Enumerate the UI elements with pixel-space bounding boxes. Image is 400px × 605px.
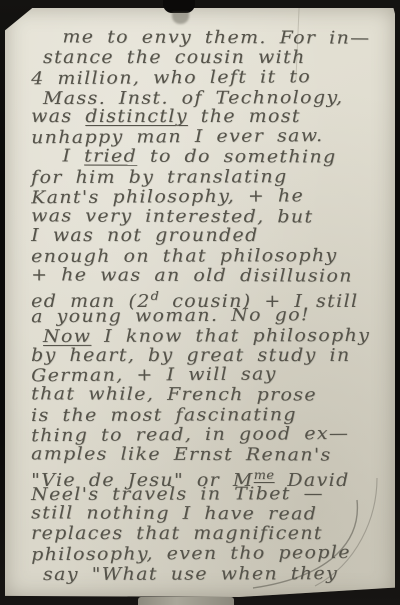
handwriting-line: was very interested, but — [31, 207, 370, 228]
handwriting-line: Kant's philosophy, + he — [31, 187, 371, 209]
handwriting-line: for him by translating — [31, 168, 370, 189]
handwriting-segment: Now — [43, 327, 91, 347]
handwriting-segment: d — [151, 289, 160, 303]
handwriting-line: 4 million, who left it to — [31, 67, 371, 89]
letter-paper: me to envy them. For in—stance the cousi… — [5, 8, 395, 597]
handwriting-segment: tried — [84, 147, 137, 167]
handwriting-segment: say "What use when they — [43, 564, 338, 585]
handwriting-segment: enough on that philosophy — [31, 246, 338, 267]
handwriting-line: I was not grounded — [31, 227, 370, 247]
handwriting-segment: the most — [188, 107, 301, 127]
handwriting-line: ed man (2d cousin) + I still — [31, 287, 370, 307]
handwriting-segment: Neel's travels in Tibet — — [31, 485, 324, 506]
handwriting-segment: unhappy man I ever saw. — [31, 126, 324, 148]
handwriting-segment: me — [254, 468, 275, 482]
handwriting-segment: stance the cousin with — [43, 48, 306, 68]
handwriting-segment: amples like Ernst Renan's — [31, 444, 332, 465]
handwriting-segment: Kant's philosophy, + he — [31, 186, 304, 208]
photo-background: me to envy them. For in—stance the cousi… — [0, 0, 400, 605]
handwriting-segment: that while, French prose — [31, 385, 317, 406]
handwriting-segment: me to envy them. For in— — [62, 27, 370, 48]
handwriting-line: a young woman. No go! — [31, 306, 371, 328]
handwriting-line: philosophy, even tho people — [31, 544, 371, 566]
handwriting-segment: I — [62, 146, 84, 166]
handwriting-segment: German, + I will say — [31, 365, 277, 387]
handwriting-segment: is the most fascinating — [31, 405, 297, 426]
handwriting-line: Mass. Inst. of Technology, — [43, 89, 371, 110]
handwriting-segment: was very interested, but — [31, 206, 313, 227]
handwriting-segment: for him by translating — [31, 167, 288, 188]
handwriting-line: amples like Ernst Renan's — [31, 445, 370, 466]
handwriting-line: Now I know that philosophy — [43, 327, 371, 348]
handwriting-line: stance the cousin with — [43, 49, 370, 69]
handwriting-segment: still nothing I have read — [31, 504, 317, 525]
handwriting-segment: replaces that magnificent — [31, 524, 323, 544]
handwriting-line: still nothing I have read — [31, 505, 370, 526]
handwriting-line: replaces that magnificent — [31, 525, 370, 545]
handwriting-segment: + he was an old disillusion — [31, 265, 353, 286]
handwriting-segment: philosophy, even tho people — [31, 543, 351, 565]
handwriting-line: I tried to do something — [62, 147, 370, 168]
handwriting-segment: by heart, by great study in — [31, 346, 350, 366]
handwriting-segment: I was not grounded — [31, 226, 258, 246]
handwriting-segment: thing to read, in good ex— — [31, 424, 349, 446]
handwriting-segment: to do something — [137, 147, 337, 168]
handwriting-segment: Mass. Inst. of Technology, — [43, 88, 343, 109]
handwriting-segment: was — [31, 107, 85, 127]
handwriting-line: that while, French prose — [31, 386, 370, 407]
handwriting-line: by heart, by great study in — [31, 347, 370, 367]
handwriting-segment: a young woman. No go! — [31, 305, 310, 327]
handwriting-segment: I know that philosophy — [91, 326, 370, 347]
handwriting-segment: 4 million, who left it to — [31, 67, 311, 89]
handwriting-line: + he was an old disillusion — [31, 266, 370, 287]
handwriting-line: me to envy them. For in— — [62, 28, 370, 49]
handwriting-lines: me to envy them. For in—stance the cousi… — [29, 29, 371, 585]
handwriting-line: "Vie de Jesu" or Mme David — [31, 466, 370, 486]
handwriting-segment: distinctly — [85, 107, 188, 127]
next-page-edge — [138, 597, 234, 605]
handwriting-line: say "What use when they — [43, 565, 371, 586]
